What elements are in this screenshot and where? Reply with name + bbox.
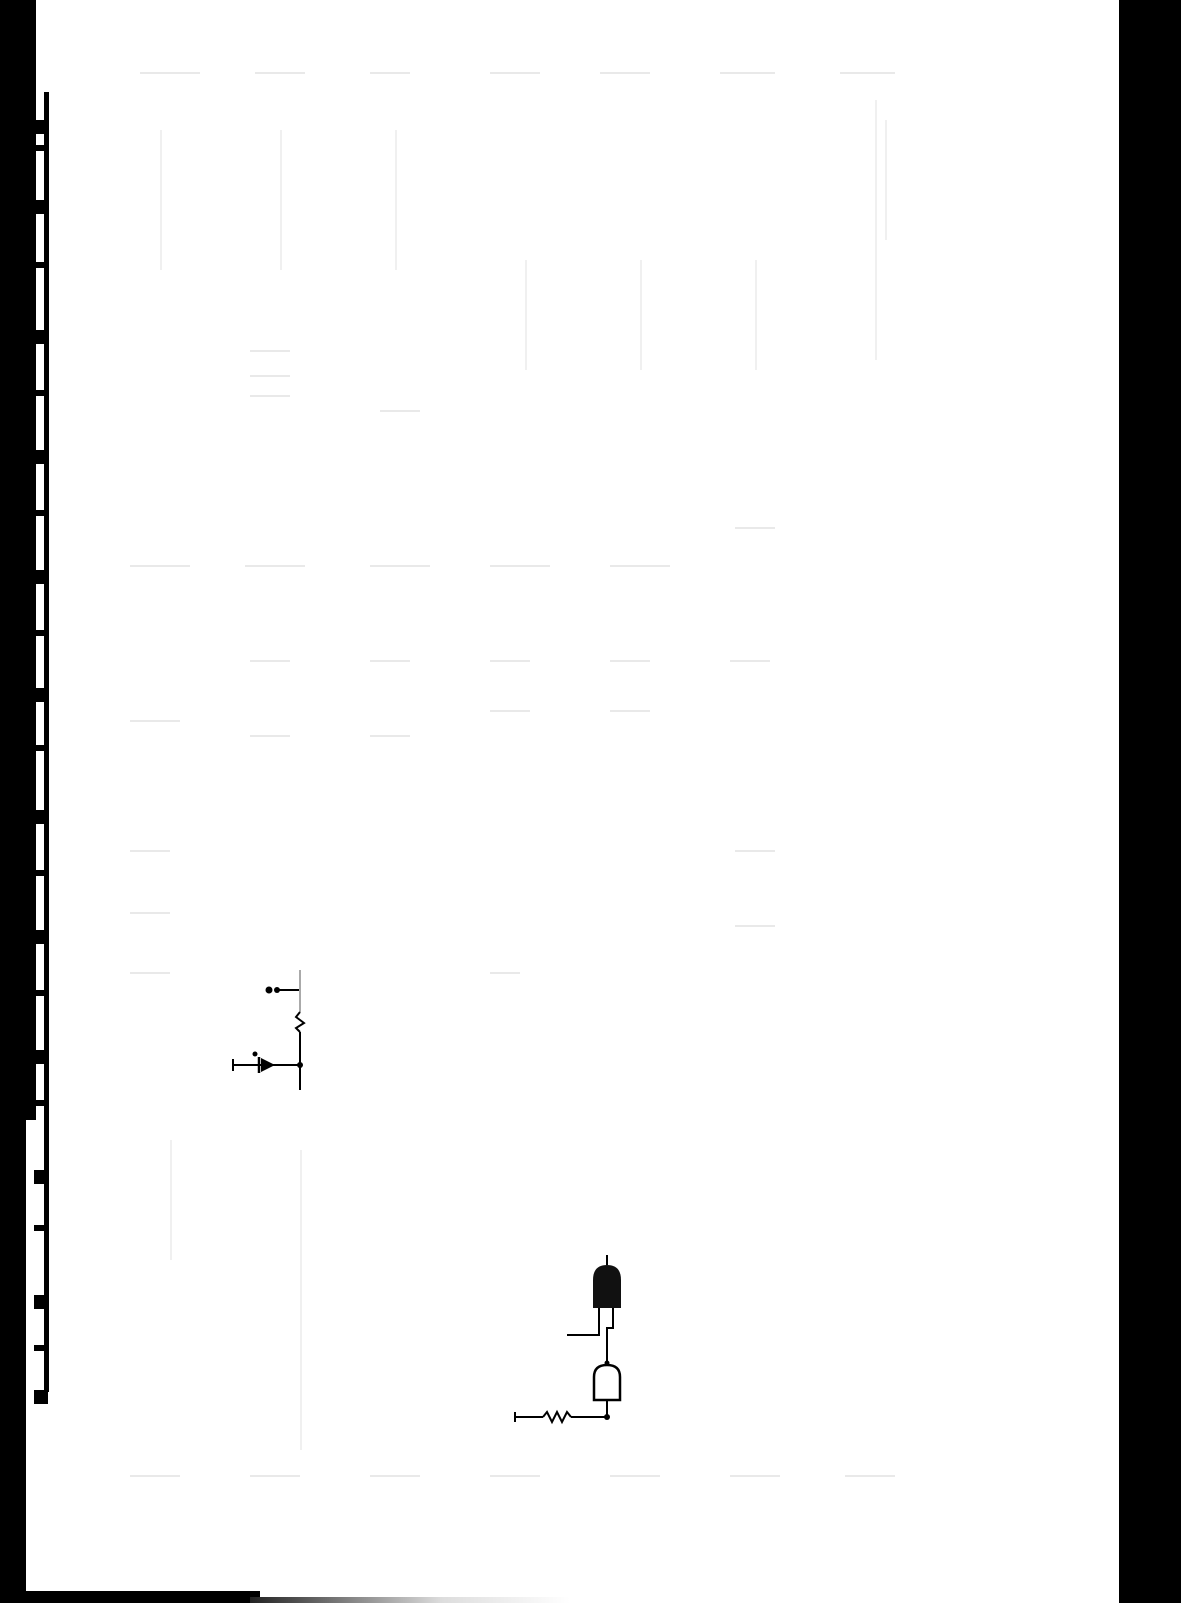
faded-line [250, 375, 290, 377]
faded-line [160, 130, 162, 270]
wire [607, 1308, 613, 1362]
faded-line [130, 720, 180, 722]
faded-line [255, 72, 305, 74]
faded-line [380, 410, 420, 412]
faded-line [130, 1475, 180, 1477]
faded-line [720, 72, 775, 74]
sprocket-notch [34, 450, 48, 464]
faded-line [370, 1475, 420, 1477]
faded-line [130, 972, 170, 974]
faded-line [610, 710, 650, 712]
faded-line [395, 130, 397, 270]
faded-line [250, 395, 290, 397]
and-gate-icon [594, 1365, 620, 1400]
faded-line [250, 350, 290, 352]
resistor-icon [515, 1412, 607, 1422]
faded-line [370, 660, 410, 662]
faded-line [130, 912, 170, 914]
sprocket-notch [34, 390, 48, 396]
sprocket-notch [34, 510, 48, 516]
faded-line [250, 660, 290, 662]
filled-gate-icon [593, 1255, 621, 1308]
faded-line [300, 1150, 302, 1450]
terminal-icon [266, 987, 301, 994]
schematic-fragment-2 [515, 1255, 635, 1420]
faded-line [490, 660, 530, 662]
sprocket-notch [34, 930, 48, 944]
junction-dot [604, 1414, 610, 1420]
sprocket-notch [34, 870, 48, 876]
faded-line [730, 660, 770, 662]
faded-line [130, 565, 190, 567]
sprocket-notch [34, 1390, 48, 1404]
resistor-icon [296, 1012, 304, 1032]
faded-line [370, 735, 410, 737]
faded-line [130, 850, 170, 852]
faded-line [525, 260, 527, 370]
scan-border-left-upper [0, 0, 36, 1120]
faded-line [735, 527, 775, 529]
faded-line [250, 1475, 300, 1477]
sprocket-notch [34, 688, 48, 702]
junction-dot [297, 1062, 303, 1068]
sprocket-notch [34, 570, 48, 584]
sprocket-notch [34, 1170, 48, 1184]
sprocket-notch [34, 330, 48, 344]
faded-line [490, 72, 540, 74]
faded-line [490, 565, 550, 567]
faded-line [610, 660, 650, 662]
faded-line [490, 710, 530, 712]
faded-line [755, 260, 757, 370]
faded-line [735, 850, 775, 852]
faded-line [370, 565, 430, 567]
sprocket-notch [34, 1345, 48, 1351]
sprocket-notch [34, 200, 48, 214]
schematic-fragment-1 [225, 950, 315, 1100]
faded-line [730, 1475, 780, 1477]
sprocket-notch [34, 990, 48, 996]
diode-icon [233, 1052, 300, 1074]
sprocket-notch [34, 745, 48, 751]
faded-line [885, 120, 887, 240]
faded-line [280, 130, 282, 270]
faded-line [845, 1475, 895, 1477]
sprocket-notch [34, 1295, 48, 1309]
sprocket-notch [34, 145, 48, 151]
sprocket-notch [34, 262, 48, 268]
sprocket-notch [34, 810, 48, 824]
faded-line [370, 72, 410, 74]
sprocket-notch [34, 1225, 48, 1231]
wire [567, 1308, 599, 1335]
sprocket-notch [34, 1100, 48, 1106]
faded-line [640, 260, 642, 370]
faded-line [250, 735, 290, 737]
sprocket-notch [34, 630, 48, 636]
sprocket-notch [34, 120, 48, 134]
faded-line [610, 1475, 660, 1477]
faded-line [840, 72, 895, 74]
faded-line [170, 1140, 172, 1260]
scan-border-bottom-fade [250, 1597, 570, 1603]
faded-line [490, 972, 520, 974]
faded-line [490, 1475, 540, 1477]
faded-line [245, 565, 305, 567]
faded-line [610, 565, 670, 567]
faded-line [875, 100, 877, 360]
sprocket-rail [44, 92, 49, 1392]
faded-line [600, 72, 650, 74]
faded-line [735, 925, 775, 927]
scan-border-right [1119, 0, 1181, 1603]
sprocket-notch [34, 1050, 48, 1064]
faded-line [140, 72, 200, 74]
scan-border-bottom [0, 1591, 260, 1603]
